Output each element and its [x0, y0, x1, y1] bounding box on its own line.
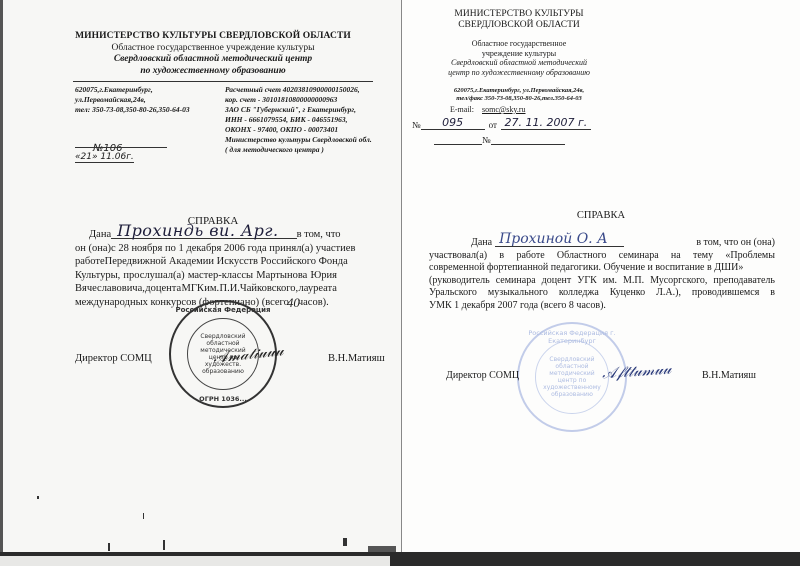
body-text: Юрия — [310, 269, 337, 283]
recipient-handwritten-name: Прохиндь ви. Арг. — [111, 224, 296, 239]
body-text: М.П. — [623, 275, 644, 288]
left-signatory-name: В.Н.Матияш — [328, 353, 385, 364]
bank-line: Министерство культуры Свердловской обл. — [225, 135, 372, 145]
email-label: E-mail: — [450, 105, 474, 114]
left-address-block: 620075,г.Екатеринбург, ул.Первомайская,2… — [75, 85, 190, 115]
body-text: Передвижной Академии Искусств Российског… — [105, 255, 348, 269]
stamp-ring-text: Российская Федерация — [171, 306, 275, 314]
body-text: Культуры, — [75, 269, 120, 283]
body-text: им. — [204, 282, 219, 296]
left-outgoing-date: «21» 11.06г. — [75, 152, 134, 163]
body-text: Куценко — [610, 287, 645, 300]
address-line: тел: 350-73-08,350-80-26,350-64-03 — [75, 105, 190, 115]
right-ministry-heading-line-2: СВЕРДЛОВСКОЙ ОБЛАСТИ — [402, 20, 636, 30]
document-date: 27. 11. 2007 г. — [501, 117, 591, 130]
body-text: П.И.Чайковского, — [220, 282, 299, 296]
document-number: 095 — [421, 117, 485, 130]
number-underline — [75, 147, 167, 148]
right-address-line-1: 620075,г.Екатеринбург, ул.Первомайская,2… — [402, 87, 636, 94]
body-text: лауреата — [299, 282, 337, 296]
body-text: доцента — [145, 282, 181, 296]
body-text: прослушал(а) — [123, 269, 184, 283]
date-label: от — [489, 120, 497, 130]
body-text: Мусоргского, — [650, 275, 707, 288]
right-org-line-4: центр по художественному образованию — [402, 68, 636, 77]
right-address-line-2: тел/факс 350-73-08,350-80-26,тел.350-64-… — [402, 95, 636, 102]
body-text: на — [671, 250, 681, 263]
left-director-title: Директор СОМЦ — [75, 353, 152, 364]
body-text: музыкального — [488, 287, 548, 300]
right-reference-row: № — [434, 135, 565, 145]
right-certificate-title: СПРАВКА — [402, 210, 800, 221]
bank-line: ИНН - 6661079554, БИК - 046551963, — [225, 115, 372, 125]
address-line: ул.Первомайская,24в, — [75, 95, 190, 105]
body-text: тему — [693, 250, 713, 263]
body-text: УМК 1 декабря 2007 года (всего 8 часов). — [429, 300, 606, 313]
left-ministry-heading: МИНИСТЕРСТВО КУЛЬТУРЫ СВЕРДЛОВСКОЙ ОБЛАС… — [23, 31, 402, 41]
bank-line: кор. счет - 30101810800000000963 — [225, 95, 372, 105]
body-text: доцент — [542, 275, 572, 288]
body-text: современной фортепианной педагогики. Обу… — [429, 262, 743, 275]
number-label: № — [412, 120, 421, 130]
body-text: Уральского — [429, 287, 477, 300]
left-certificate-body: Дана Прохиндь ви. Арг. в том, что он (он… — [75, 227, 337, 309]
body-text: в — [350, 242, 355, 256]
body-text: он (она) — [75, 242, 111, 256]
email-link[interactable]: somc@sky.ru — [482, 105, 526, 114]
bank-line: ОКОНХ - 97400, ОКПО - 00073401 — [225, 125, 372, 135]
body-text: (руководитель — [429, 275, 490, 288]
right-number-date-row: № 095 от 27. 11. 2007 г. — [412, 117, 591, 130]
body-text: Областного — [557, 250, 607, 263]
body-text: семинара — [496, 275, 536, 288]
body-text: работе — [75, 255, 105, 269]
body-text: работе — [516, 250, 544, 263]
body-text: мастер-классы — [188, 269, 253, 283]
body-text: проводившемся — [692, 287, 759, 300]
body-text: с 28 ноября по 1 декабря 2006 года приня… — [111, 242, 350, 256]
stamp-ring-text: Российская Федерация г. Екатеринбург — [519, 329, 625, 345]
right-signatory-name: В.Н.Матияш — [702, 370, 756, 381]
body-text: в том, что — [297, 228, 341, 242]
body-text: Мартынова — [256, 269, 307, 283]
body-text: Л.А.), — [656, 287, 681, 300]
body-text: семинара — [619, 250, 659, 263]
bank-line: ( для методического центра ) — [225, 145, 372, 155]
left-page-bottom-edge — [0, 556, 390, 566]
body-text: Вячеславовича, — [75, 282, 145, 296]
given-to-label: Дана — [89, 228, 111, 242]
stamp-bottom-text: ОГРН 1036... — [171, 395, 275, 403]
stamp-inner-ring — [535, 340, 609, 414]
address-line: 620075,г.Екатеринбург, — [75, 85, 190, 95]
bank-line: Расчетный счет 40203810900000150026, — [225, 85, 372, 95]
recipient-handwritten-name: Прохиной О. А — [495, 233, 624, 247]
body-text: «Проблемы — [725, 250, 775, 263]
right-certificate-page: МИНИСТЕРСТВО КУЛЬТУРЫ СВЕРДЛОВСКОЙ ОБЛАС… — [402, 0, 800, 552]
body-text: в — [499, 250, 504, 263]
body-text: УГК — [577, 275, 597, 288]
body-text: в том, что он (она) — [696, 237, 775, 250]
body-text: колледжа — [559, 287, 599, 300]
right-director-title: Директор СОМЦ — [446, 370, 519, 381]
body-text: участвовал(а) — [429, 250, 487, 263]
right-certificate-body: Дана Прохиной О. А в том, что он (она) у… — [429, 236, 775, 312]
right-email-row: E-mail:somc@sky.ru — [450, 105, 526, 114]
scan-noise — [3, 488, 398, 556]
bank-line: ЗАО СБ "Губернский", г Екатеринбург, — [225, 105, 372, 115]
letterhead-divider — [73, 81, 373, 82]
reference-blank — [434, 135, 482, 145]
reference-number-blank — [491, 135, 565, 145]
body-text: им. — [603, 275, 617, 288]
reference-number-label: № — [482, 135, 491, 145]
right-org-line-1: Областное государственное — [402, 39, 636, 48]
left-org-line-1: Областное государственное учреждение кул… — [23, 43, 402, 53]
right-org-line-2: учреждение культуры — [402, 49, 636, 58]
left-org-line-2: Свердловский областной методический цент… — [23, 54, 402, 64]
left-bank-details: Расчетный счет 40203810900000150026, кор… — [225, 85, 372, 155]
left-certificate-page: МИНИСТЕРСТВО КУЛЬТУРЫ СВЕРДЛОВСКОЙ ОБЛАС… — [0, 0, 402, 560]
right-ministry-heading-line-1: МИНИСТЕРСТВО КУЛЬТУРЫ — [402, 9, 636, 19]
body-text: преподаватель — [713, 275, 775, 288]
body-text: часов). — [298, 296, 329, 310]
right-handwritten-signature: 𝒜𝒻𝓉𝓉𝓊𝓂𝓊𝓊 — [601, 360, 671, 383]
right-org-line-3: Свердловский областной методический — [402, 58, 636, 67]
body-text: в — [770, 287, 775, 300]
left-org-line-3: по художественному образованию — [23, 66, 402, 76]
body-text: МГК — [181, 282, 203, 296]
given-to-label: Дана — [471, 237, 492, 250]
